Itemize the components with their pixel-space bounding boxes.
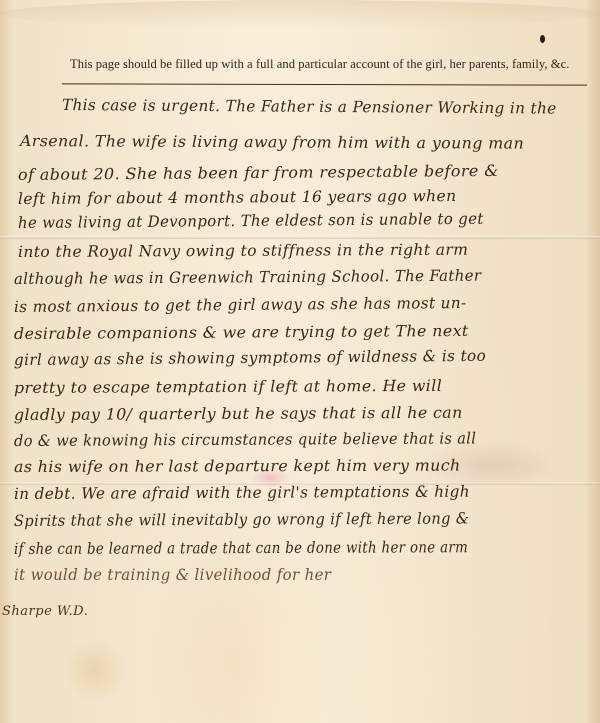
handwritten-line: pretty to escape temptation if left at h… [14, 377, 442, 397]
header-rule [62, 83, 587, 85]
handwritten-line: although he was in Greenwich Training Sc… [14, 267, 482, 288]
handwritten-line: Spirits that she will inevitably go wron… [14, 509, 469, 530]
paper-fold-line [0, 236, 600, 239]
handwritten-line: girl away as she is showing symptoms of … [14, 347, 486, 369]
handwritten-line: in debt. We are afraid with the girl's t… [14, 483, 470, 503]
handwritten-line: is most anxious to get the girl away as … [14, 294, 467, 316]
handwritten-line: Arsenal. The wife is living away from hi… [20, 132, 524, 153]
printed-header: This page should be filled up with a ful… [70, 57, 590, 72]
paper-stain [0, 0, 600, 28]
handwritten-line: of about 20. She has been far from respe… [18, 162, 499, 184]
signature: Sharpe W.D. [2, 604, 88, 619]
handwritten-line: do & we knowing his circumstances quite … [14, 429, 476, 450]
handwritten-line: if she can be learned a trade that can b… [14, 538, 468, 558]
ink-blot [540, 35, 545, 43]
document-page: This page should be filled up with a ful… [0, 0, 600, 723]
handwritten-line: This case is urgent. The Father is a Pen… [62, 96, 557, 118]
paper-stain [60, 640, 130, 700]
handwritten-line: desirable companions & we are trying to … [14, 322, 469, 343]
handwritten-line: it would be training & livelihood for he… [14, 566, 331, 584]
handwritten-line: as his wife on her last departure kept h… [14, 456, 461, 476]
handwritten-line: left him for about 4 months about 16 yea… [18, 187, 457, 208]
handwritten-line: he was living at Devonport. The eldest s… [18, 210, 484, 232]
handwritten-line: gladly pay 10/ quarterly but he says tha… [14, 404, 463, 424]
handwritten-line: into the Royal Navy owing to stiffness i… [18, 241, 468, 261]
